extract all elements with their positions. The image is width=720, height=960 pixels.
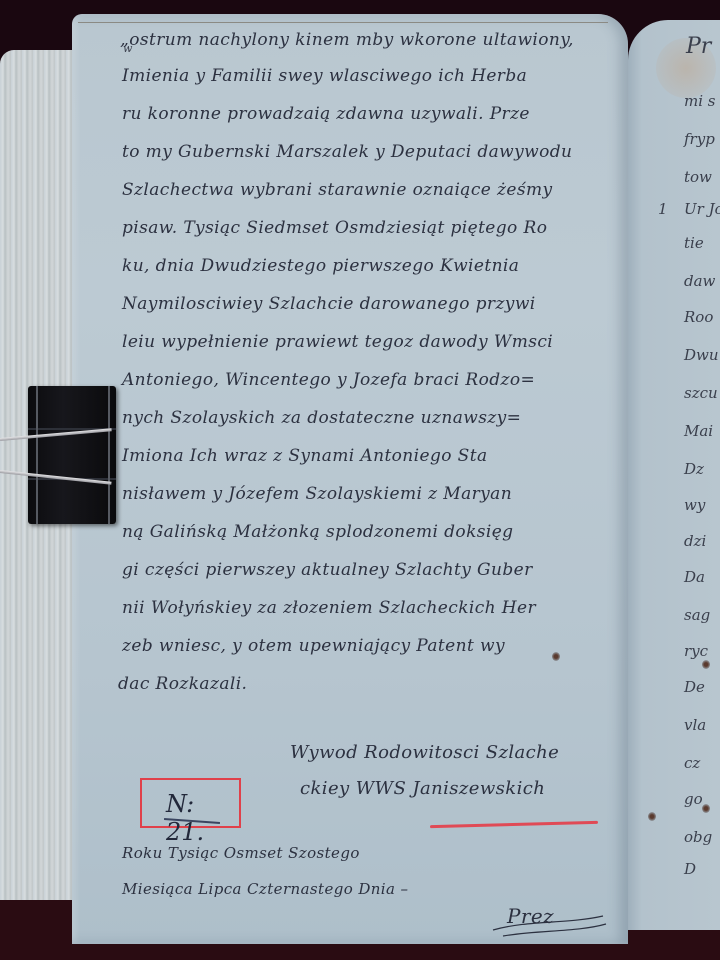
facing-line: Mai (684, 422, 713, 440)
manuscript-line: zeb wniesc, y otem upewniający Patent wy (122, 636, 505, 656)
entry-number-highlight-box: N: 21. (140, 778, 241, 828)
date-line: Miesiąca Lipca Czternastego Dnia – (122, 880, 408, 898)
facing-line: go (684, 790, 703, 808)
facing-page: Pr mi s fryp tow 1 Ur Jo tie daw Roo Dwu… (628, 20, 720, 930)
manuscript-line: ku, dnia Dwudziestego pierwszego Kwietni… (122, 256, 519, 276)
facing-line: sag (684, 606, 710, 624)
manuscript-line: gi części pierwszey aktualney Szlachty G… (122, 560, 533, 580)
manuscript-line: Imienia y Familii swey wlasciwego ich He… (122, 66, 527, 86)
paper-hole (702, 804, 710, 813)
manuscript-line: Imiona Ich wraz z Synami Antoniego Sta (122, 446, 488, 466)
facing-line: mi s (684, 92, 716, 110)
facing-line: Da (684, 568, 705, 586)
manuscript-line: Naymilosciwiey Szlachcie darowanego przy… (122, 294, 536, 314)
facing-line: De (684, 678, 705, 696)
manuscript-line: pisaw. Tysiąc Siedmset Osmdziesiąt pięte… (122, 218, 547, 238)
manuscript-line: nisławem y Józefem Szolayskiemi z Maryan (122, 484, 512, 504)
facing-line: tie (684, 234, 704, 252)
facing-line: wy (684, 496, 705, 514)
facing-margin-number: 1 (658, 200, 668, 218)
manuscript-line: nych Szolayskich za dostateczne uznawszy… (122, 408, 521, 428)
paper-hole (702, 660, 710, 669)
entry-title-line: Wywod Rodowitosci Szlache (290, 742, 559, 763)
manuscript-line: ru koronne prowadzaią zdawna uzywali. Pr… (122, 104, 530, 124)
date-line: Roku Tysiąc Osmset Szostego (122, 844, 360, 862)
signature-flourish (488, 890, 608, 940)
clip-edge (108, 386, 110, 524)
facing-line: Dwu (684, 346, 719, 364)
facing-line: vla (684, 716, 706, 734)
facing-line: D (684, 860, 696, 878)
binder-clip (28, 386, 116, 524)
facing-line: daw (684, 272, 715, 290)
clip-edge (36, 386, 38, 524)
paper-hole (552, 652, 560, 661)
facing-line: cz (684, 754, 700, 772)
facing-line: Ur Jo (684, 200, 720, 218)
manuscript-line: Antoniego, Wincentego y Jozefa braci Rod… (122, 370, 535, 390)
paper-hole (648, 812, 656, 821)
manuscript-line: to my Gubernski Marszalek y Deputaci daw… (122, 142, 572, 162)
facing-line: Pr (686, 34, 711, 59)
facing-line: szcu (684, 384, 718, 402)
manuscript-line: ną Galińską Małżonką splodzonemi doksięg (122, 522, 513, 542)
facing-line: Dz (684, 460, 704, 478)
manuscript-line: „ostrum nachylony kinem mby wkorone ulta… (120, 30, 574, 50)
facing-line: fryp (684, 130, 715, 148)
facing-line: Roo (684, 308, 713, 326)
facing-line: dzi (684, 532, 706, 550)
manuscript-line: Szlachectwa wybrani starawnie oznaiące ż… (122, 180, 553, 200)
entry-title-line: ckiey WWS Janiszewskich (300, 778, 545, 799)
facing-line: obg (684, 828, 712, 846)
manuscript-line: nii Wołyńskiey za złozeniem Szlacheckich… (122, 598, 536, 618)
facing-line: ryc (684, 642, 708, 660)
facing-line: tow (684, 168, 712, 186)
manuscript-line: leiu wypełnienie prawiewt tegoz dawody W… (122, 332, 553, 352)
manuscript-line: dac Rozkazali. (118, 674, 247, 694)
